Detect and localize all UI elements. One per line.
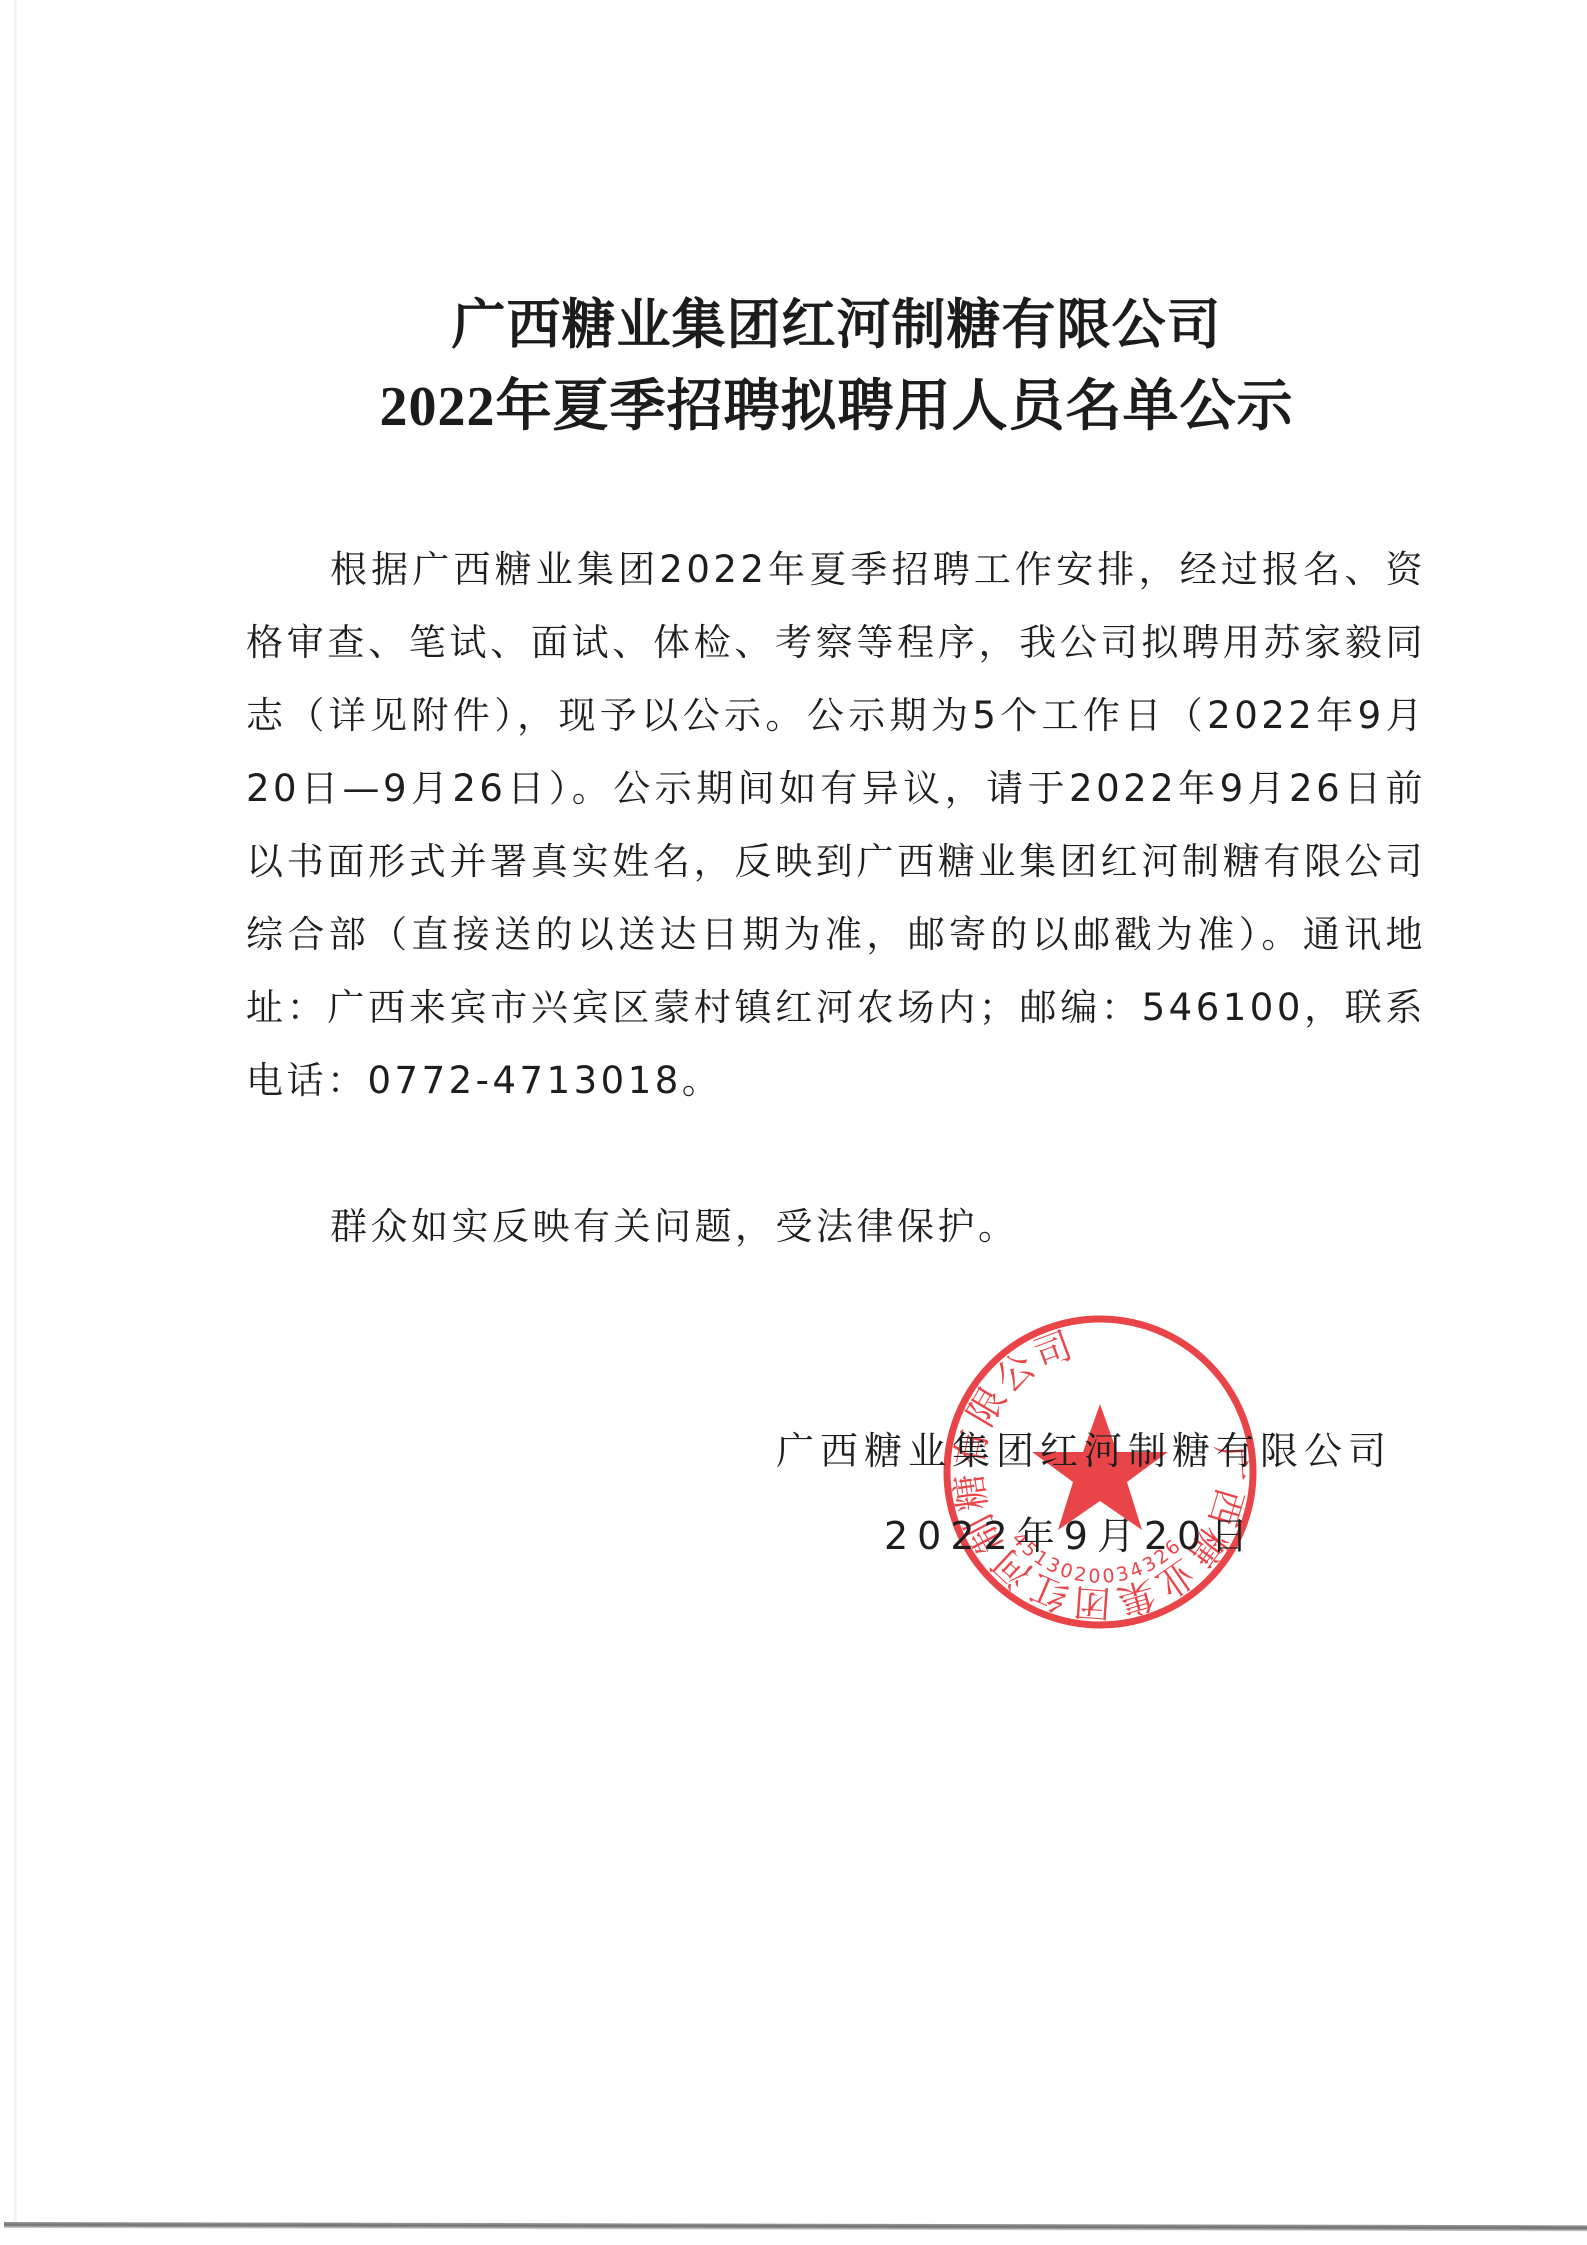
- body-paragraph-1: 根据广西糖业集团2022年夏季招聘工作安排，经过报名、资格审查、笔试、面试、体检…: [246, 533, 1426, 1117]
- document-title-line2: 2022年夏季招聘拟聘用人员名单公示: [43, 362, 1587, 442]
- paragraph-text: 根据广西糖业集团2022年夏季招聘工作安排，经过报名、资格审查、笔试、面试、体检…: [246, 533, 1426, 1117]
- scan-edge: [14, 0, 17, 2225]
- document-page: 广西糖业集团红河制糖有限公司 2022年夏季招聘拟聘用人员名单公示 根据广西糖业…: [0, 0, 1587, 2245]
- scan-bottom-edge: [4, 2222, 1587, 2231]
- paragraph-text: 群众如实反映有关问题，受法律保护。: [246, 1190, 1426, 1263]
- body-paragraph-2: 群众如实反映有关问题，受法律保护。: [246, 1190, 1426, 1263]
- document-title-line1: 广西糖业集团红河制糖有限公司: [43, 282, 1587, 359]
- signature-date: 2022年9月20日: [884, 1505, 1257, 1560]
- signature-organization: 广西糖业集团红河制糖有限公司: [776, 1420, 1392, 1475]
